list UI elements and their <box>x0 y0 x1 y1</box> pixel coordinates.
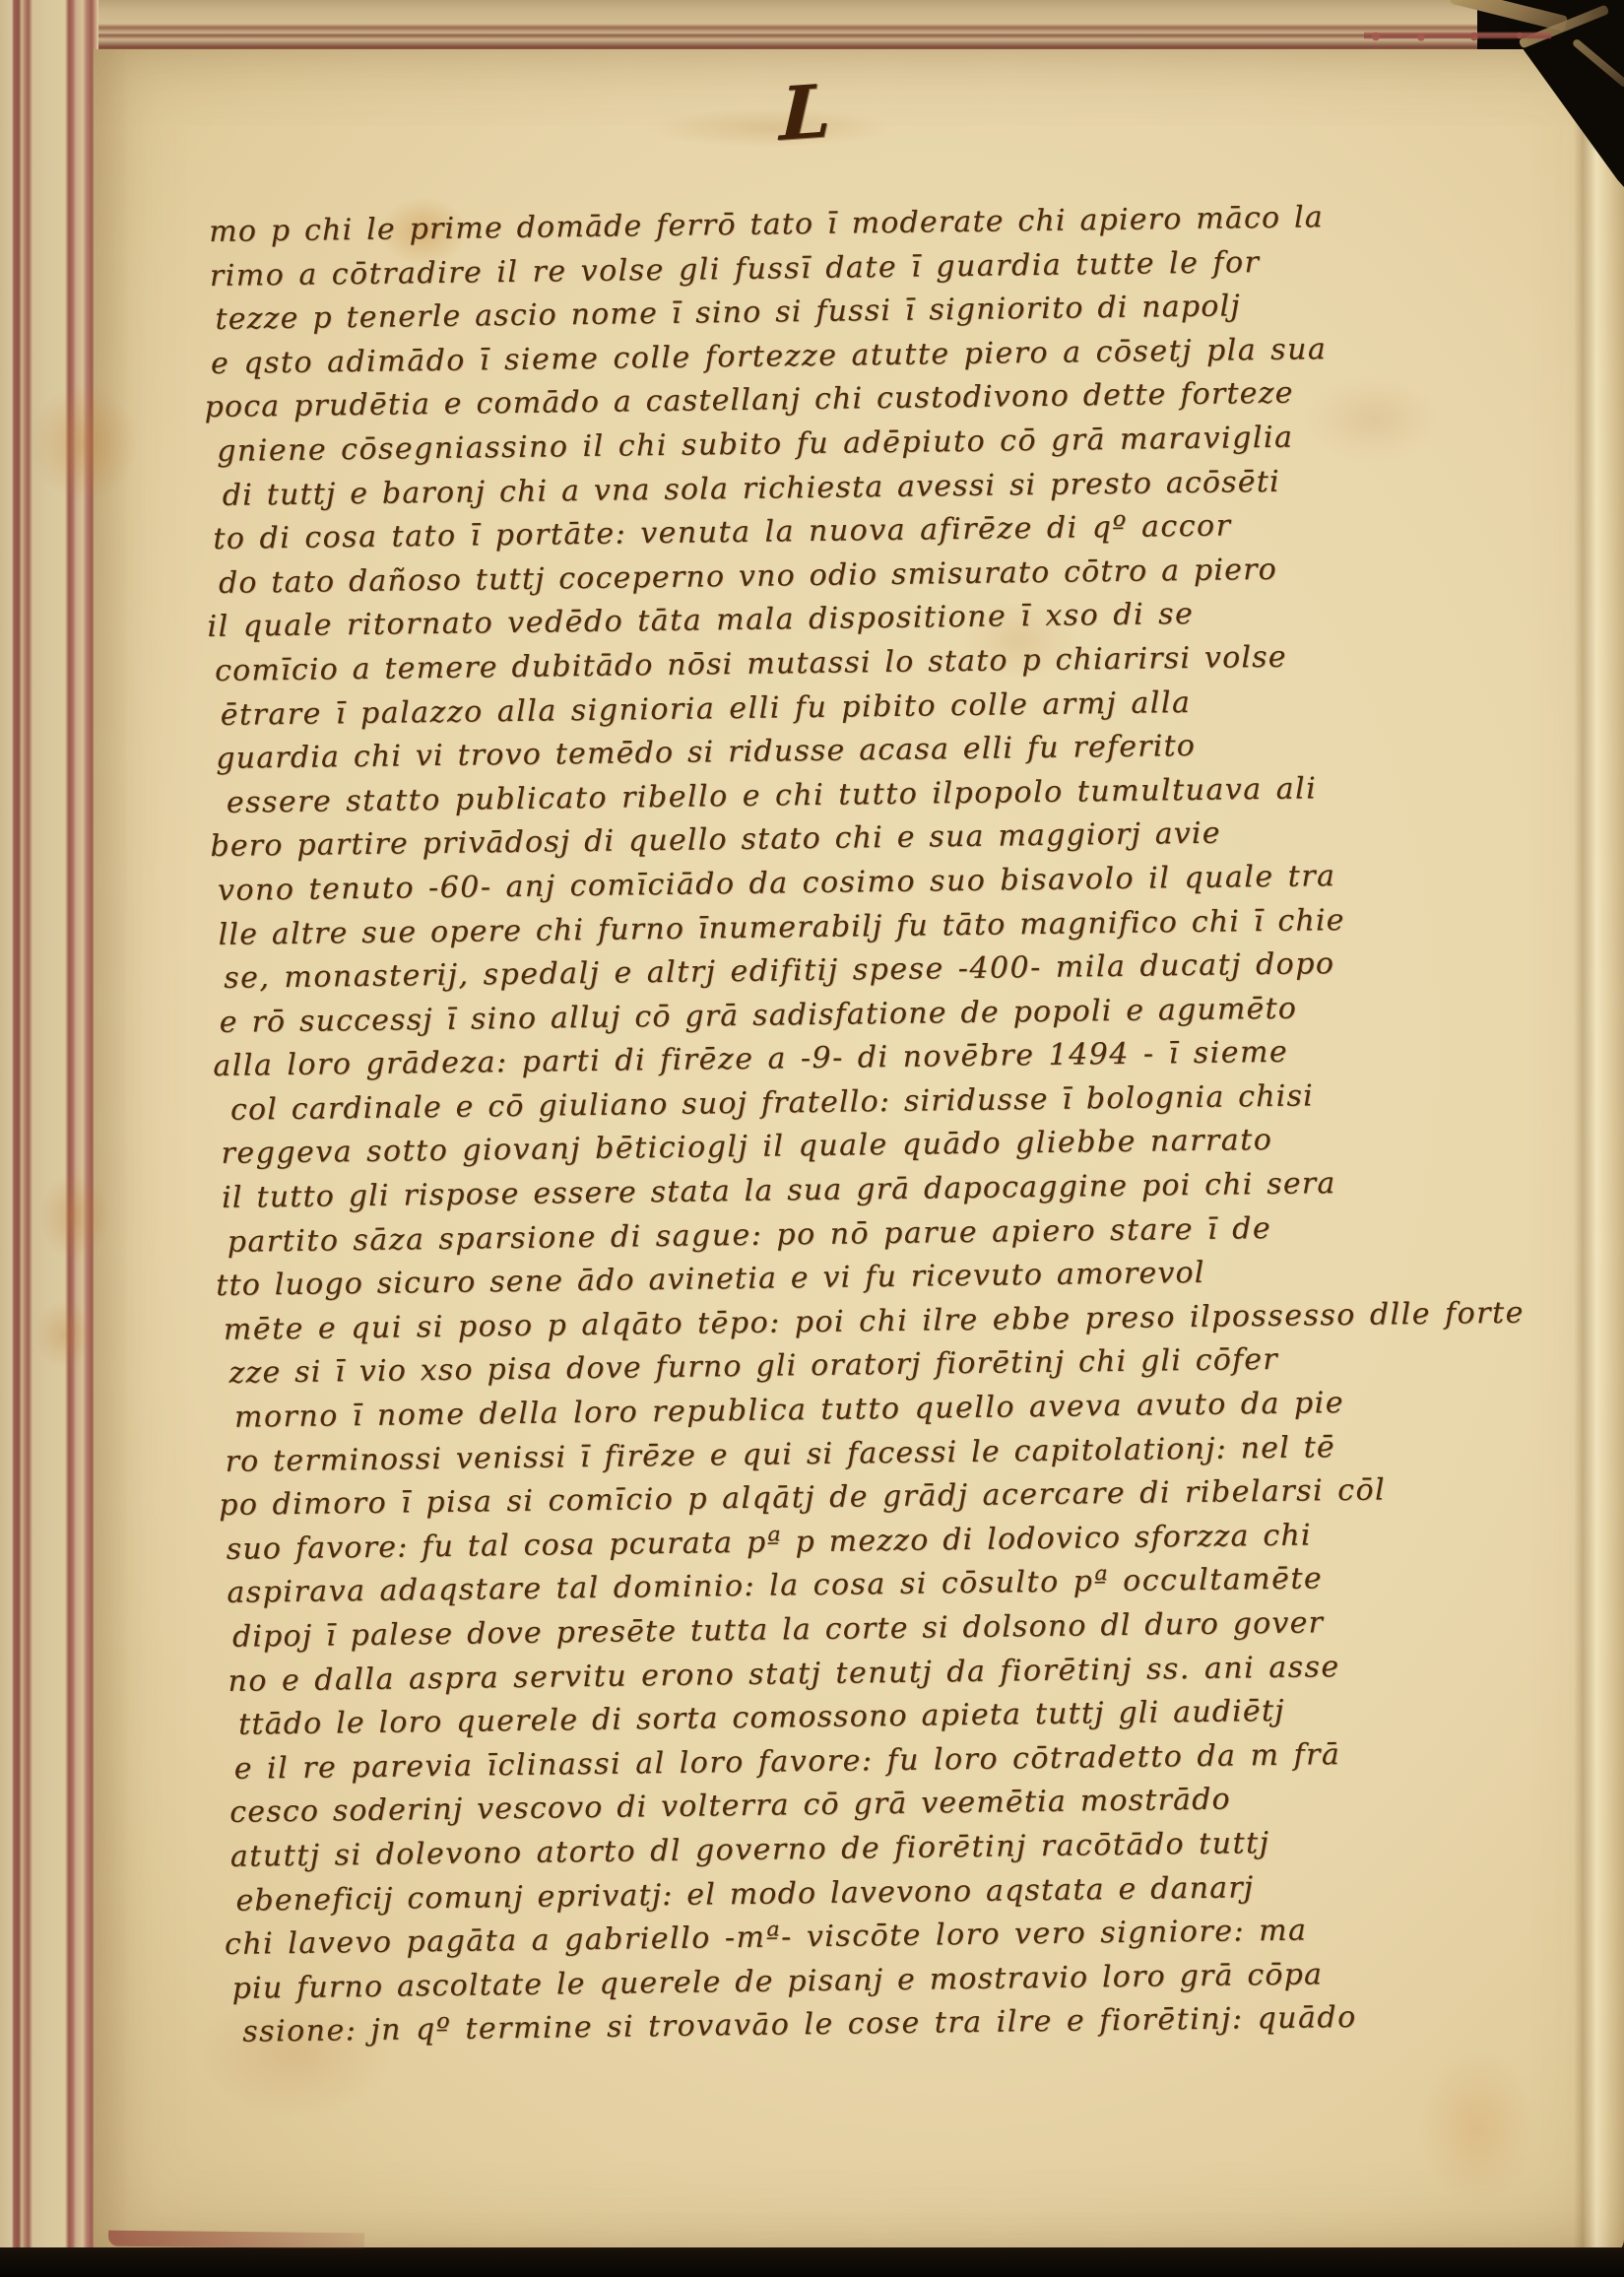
page-right-crease <box>1574 49 1624 2253</box>
red-edge-drip <box>1364 28 1551 43</box>
bottom-left-red-edge <box>108 2231 364 2249</box>
book-left-page-edges <box>0 0 98 2255</box>
manuscript-text: mo p chi le prime domāde ferrō tato ī mo… <box>209 194 1483 2054</box>
folio-number: L <box>755 67 857 163</box>
manuscript-photo: L mo p chi le prime domāde ferrō tato ī … <box>0 0 1624 2277</box>
photo-background-bottom <box>0 2247 1624 2277</box>
